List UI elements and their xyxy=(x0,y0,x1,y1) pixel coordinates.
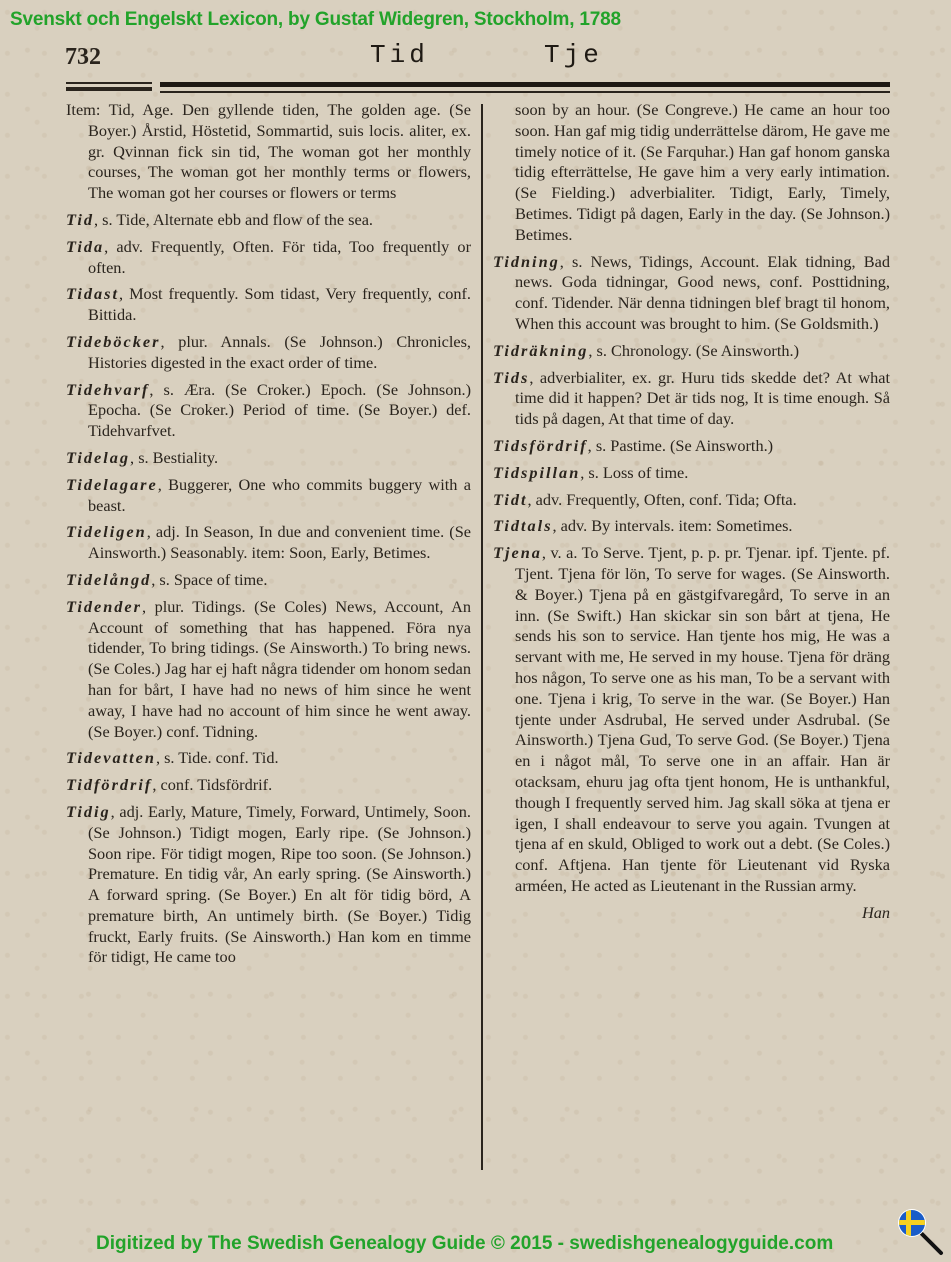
entry-headword: Tidehvarf xyxy=(66,380,149,399)
dictionary-entry: Tideligen, adj. In Season, In due and co… xyxy=(66,522,471,564)
entry-headword: Tidelag xyxy=(66,448,130,467)
dictionary-entry: Tids, adverbialiter, ex. gr. Huru tids s… xyxy=(493,368,890,430)
entry-headword: Tidtals xyxy=(493,516,553,535)
dictionary-entry: Tidfördrif, conf. Tidsfördrif. xyxy=(66,775,471,796)
dictionary-entry: Tideböcker, plur. Annals. (Se Johnson.) … xyxy=(66,332,471,374)
entry-headword: Tidspillan xyxy=(493,463,580,482)
dictionary-entry: Tidast, Most frequently. Som tidast, Ver… xyxy=(66,284,471,326)
entry-text: , s. Chronology. (Se Ainsworth.) xyxy=(588,341,799,360)
entry-text: , adv. Frequently, Often. För tida, Too … xyxy=(88,237,471,277)
entry-text: , Most frequently. Som tidast, Very freq… xyxy=(88,284,471,324)
entry-headword: Tidfördrif xyxy=(66,775,152,794)
page-number: 732 xyxy=(65,44,101,71)
entry-headword: Tidender xyxy=(66,597,142,616)
dictionary-entry: Tidender, plur. Tidings. (Se Coles) News… xyxy=(66,597,471,743)
dictionary-entry: Tidehvarf, s. Æra. (Se Croker.) Epoch. (… xyxy=(66,380,471,442)
entry-headword: Tideligen xyxy=(66,522,147,541)
header-rule-long xyxy=(160,82,890,93)
entry-headword: Tid xyxy=(66,210,94,229)
entry-text: , s. Bestiality. xyxy=(130,448,218,467)
entry-headword: Tjena xyxy=(493,543,542,562)
entry-headword: Tidig xyxy=(66,802,111,821)
entry-text: , s. Tide, Alternate ebb and flow of the… xyxy=(94,210,373,229)
entry-headword: Tids xyxy=(493,368,529,387)
dictionary-entry: Tidt, adv. Frequently, Often, conf. Tida… xyxy=(493,490,890,511)
entry-headword: Tidevatten xyxy=(66,748,156,767)
entry-text: , v. a. To Serve. Tjent, p. p. pr. Tjena… xyxy=(515,543,890,895)
entry-text: soon by an hour. (Se Congreve.) He came … xyxy=(515,100,890,244)
entry-text: , adverbialiter, ex. gr. Huru tids skedd… xyxy=(515,368,890,429)
entry-text: , s. Space of time. xyxy=(151,570,267,589)
dictionary-entry: Tidtals, adv. By intervals. item: Someti… xyxy=(493,516,890,537)
dictionary-entry: Tida, adv. Frequently, Often. För tida, … xyxy=(66,237,471,279)
entry-headword: Tidning xyxy=(493,252,560,271)
running-head-left: Tid xyxy=(370,40,429,70)
entry-headword: Tidelångd xyxy=(66,570,151,589)
entry-headword: Tidsfördrif xyxy=(493,436,588,455)
dictionary-entry: Tidig, adj. Early, Mature, Timely, Forwa… xyxy=(66,802,471,968)
dictionary-entry: Tidelagare, Buggerer, One who commits bu… xyxy=(66,475,471,517)
entry-headword: Tidräkning xyxy=(493,341,588,360)
column-divider xyxy=(481,104,483,1170)
entry-text: , conf. Tidsfördrif. xyxy=(152,775,272,794)
entry-text: , s. News, Tidings, Account. Elak tidnin… xyxy=(515,252,890,333)
entry-text: , plur. Tidings. (Se Coles) News, Accoun… xyxy=(88,597,471,741)
dictionary-entry: Tidning, s. News, Tidings, Account. Elak… xyxy=(493,252,890,335)
left-column: Item: Tid, Age. Den gyllende tiden, The … xyxy=(66,100,471,974)
entry-headword: Tideböcker xyxy=(66,332,160,351)
entry-text: , s. Pastime. (Se Ainsworth.) xyxy=(588,436,773,455)
footer-credit: Digitized by The Swedish Genealogy Guide… xyxy=(96,1233,833,1255)
dictionary-entry: Tidelångd, s. Space of time. xyxy=(66,570,471,591)
swedish-flag-magnifier-icon[interactable] xyxy=(896,1206,946,1256)
page-header-title: Svenskt och Engelskt Lexicon, by Gustaf … xyxy=(10,9,621,31)
catchword: Han xyxy=(493,903,890,924)
dictionary-entry: Tidräkning, s. Chronology. (Se Ainsworth… xyxy=(493,341,890,362)
entry-text: , adj. Early, Mature, Timely, Forward, U… xyxy=(88,802,471,967)
right-column: soon by an hour. (Se Congreve.) He came … xyxy=(493,100,890,923)
dictionary-entry: Tidspillan, s. Loss of time. xyxy=(493,463,890,484)
dictionary-entry: Tjena, v. a. To Serve. Tjent, p. p. pr. … xyxy=(493,543,890,897)
entry-headword: Tida xyxy=(66,237,104,256)
entry-text: Item: Tid, Age. Den gyllende tiden, The … xyxy=(66,100,471,202)
dictionary-entry: Tidelag, s. Bestiality. xyxy=(66,448,471,469)
dictionary-entry: soon by an hour. (Se Congreve.) He came … xyxy=(493,100,890,246)
header-rule-short xyxy=(66,82,152,91)
entry-headword: Tidt xyxy=(493,490,528,509)
dictionary-entry: Item: Tid, Age. Den gyllende tiden, The … xyxy=(66,100,471,204)
entry-text: , s. Loss of time. xyxy=(580,463,688,482)
entry-headword: Tidast xyxy=(66,284,119,303)
dictionary-entry: Tidevatten, s. Tide. conf. Tid. xyxy=(66,748,471,769)
running-head-right: Tje xyxy=(544,40,603,70)
dictionary-entry: Tid, s. Tide, Alternate ebb and flow of … xyxy=(66,210,471,231)
dictionary-entry: Tidsfördrif, s. Pastime. (Se Ainsworth.) xyxy=(493,436,890,457)
entry-text: , s. Tide. conf. Tid. xyxy=(156,748,279,767)
entry-text: , adv. By intervals. item: Sometimes. xyxy=(553,516,793,535)
entry-text: , adv. Frequently, Often, conf. Tida; Of… xyxy=(528,490,797,509)
entry-headword: Tidelagare xyxy=(66,475,158,494)
